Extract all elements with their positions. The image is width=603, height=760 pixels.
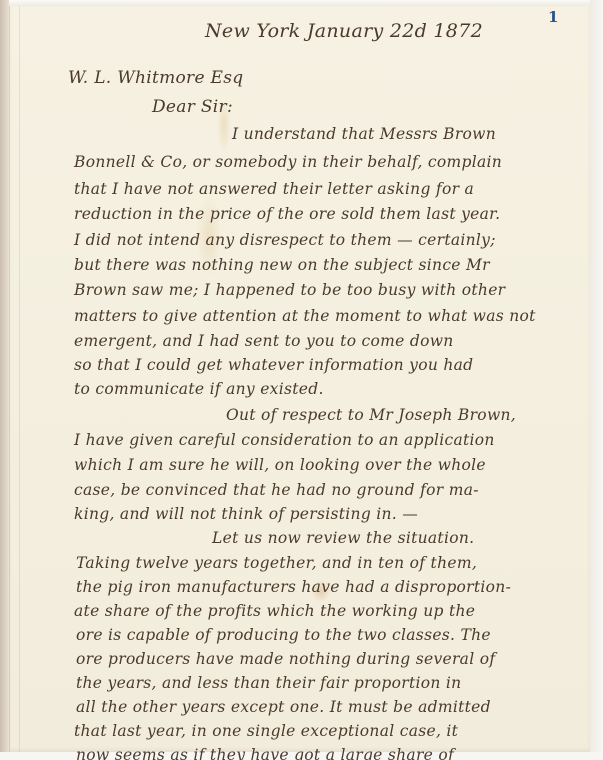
- letter-line: I did not intend any disrespect to them …: [74, 233, 496, 249]
- letter-line: which I am sure he will, on looking over…: [74, 458, 486, 474]
- letter-line: Let us now review the situation.: [212, 531, 474, 547]
- binding-edge: [0, 0, 9, 760]
- letter-line: Brown saw me; I happened to be too busy …: [74, 283, 505, 299]
- letter-line: the years, and less than their fair prop…: [76, 676, 461, 692]
- letter-line: to communicate if any existed.: [74, 382, 324, 398]
- letter-line: the pig iron manufacturers have had a di…: [76, 580, 511, 596]
- letter-line: emergent, and I had sent to you to come …: [74, 334, 454, 350]
- letter-line: so that I could get whatever information…: [74, 358, 473, 374]
- letter-line: ate share of the profits which the worki…: [74, 604, 475, 620]
- dateline: New York January 22d 1872: [205, 22, 483, 41]
- letter-line: Taking twelve years together, and in ten…: [76, 556, 477, 572]
- letter-line: that I have not answered their letter as…: [74, 182, 474, 198]
- letter-line: I understand that Messrs Brown: [232, 127, 496, 143]
- letter-line: case, be convinced that he had no ground…: [74, 483, 479, 499]
- page-number: 1: [548, 8, 558, 26]
- letter-line: all the other years except one. It must …: [76, 700, 491, 716]
- letter-line: reduction in the price of the ore sold t…: [74, 207, 500, 223]
- letter-line: ore producers have made nothing during s…: [76, 652, 495, 668]
- salutation: Dear Sir:: [152, 99, 233, 116]
- addressee: W. L. Whitmore Esq: [68, 70, 243, 87]
- letter-line: now seems as if they have got a large sh…: [76, 748, 454, 760]
- letter-line: that last year, in one single exceptiona…: [74, 724, 458, 740]
- letter-line: Out of respect to Mr Joseph Brown,: [226, 408, 516, 424]
- letter-line: matters to give attention at the moment …: [74, 309, 536, 325]
- letter-line: ore is capable of producing to the two c…: [76, 628, 491, 644]
- letter-line: but there was nothing new on the subject…: [74, 258, 490, 274]
- letter-line: I have given careful consideration to an…: [74, 433, 495, 449]
- letter-line: Bonnell & Co, or somebody in their behal…: [74, 155, 502, 171]
- scan-frame: 1 New York January 22d 1872 W. L. Whitmo…: [0, 0, 603, 760]
- right-page-edge: [590, 0, 603, 760]
- margin-crease: [19, 6, 20, 752]
- letter-line: king, and will not think of persisting i…: [74, 507, 418, 523]
